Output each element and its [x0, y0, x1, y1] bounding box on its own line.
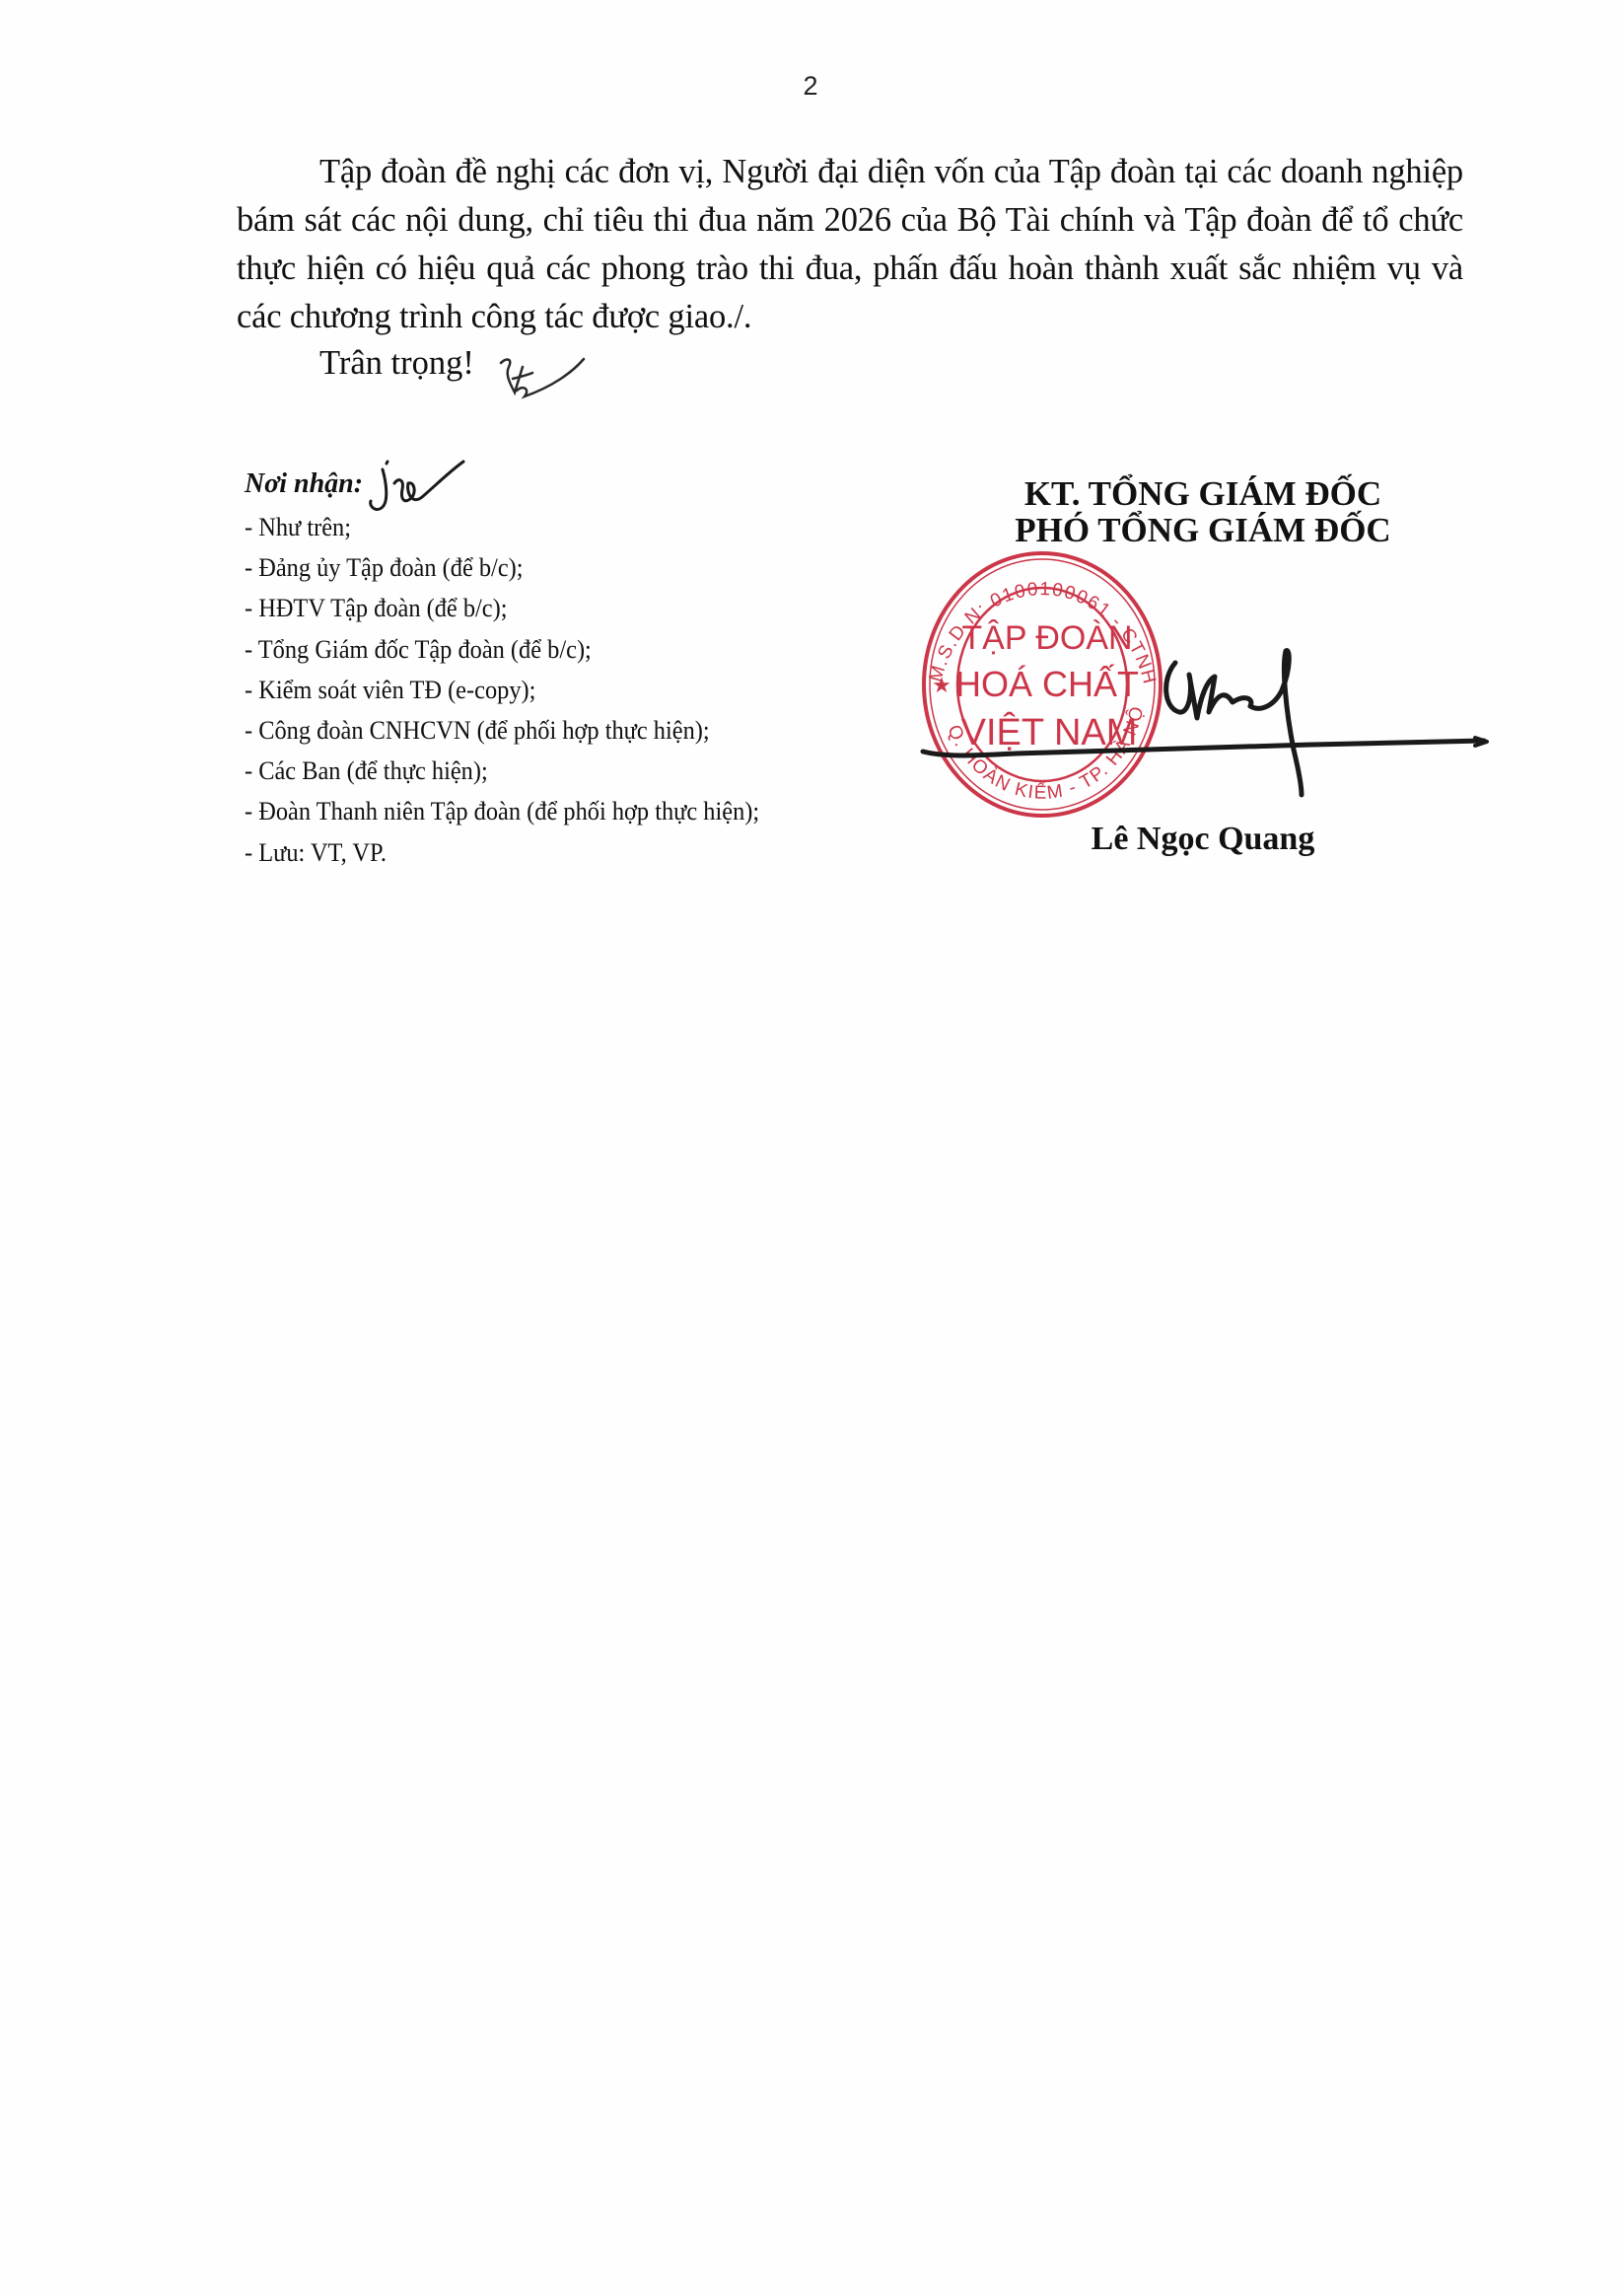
signature-title-line2: PHÓ TỔNG GIÁM ĐỐC [947, 512, 1459, 548]
recipient-item: - Như trên; [245, 507, 759, 547]
recipient-item: - Đảng ủy Tập đoàn (để b/c); [245, 547, 759, 588]
closing-salutation: Trân trọng! [319, 344, 474, 383]
body-paragraph: Tập đoàn đề nghị các đơn vị, Người đại d… [237, 148, 1463, 341]
stamp-center-line1: TẬP ĐOÀN [961, 619, 1132, 657]
signature-title-line1: KT. TỔNG GIÁM ĐỐC [947, 475, 1459, 512]
recipient-item: - Kiểm soát viên TĐ (e-copy); [245, 670, 759, 710]
handwritten-signature-icon [923, 650, 1487, 795]
page-number: 2 [0, 71, 1621, 102]
recipients-title: Nơi nhận: [245, 467, 805, 501]
stamp-ring-top-text: M.S.D.N: 0100100061 - CTNH [926, 579, 1161, 687]
body-paragraph-text: Tập đoàn đề nghị các đơn vị, Người đại d… [237, 148, 1463, 341]
document-page: 2 Tập đoàn đề nghị các đơn vị, Người đại… [0, 0, 1621, 2296]
recipients-list: - Như trên; - Đảng ủy Tập đoàn (để b/c);… [245, 507, 759, 873]
stamp-center-line2: HOÁ CHẤT [955, 664, 1139, 704]
recipient-item: - Tổng Giám đốc Tập đoàn (để b/c); [245, 629, 759, 670]
stamp-and-signature-overlay: M.S.D.N: 0100100061 - CTNH Q. HOÀN KIẾM … [0, 0, 1621, 2296]
recipients-block: Nơi nhận: - Như trên; - Đảng ủy Tập đoàn… [245, 467, 805, 873]
recipient-item: - Các Ban (để thực hiện); [245, 751, 759, 791]
recipient-item: - Đoàn Thanh niên Tập đoàn (để phối hợp … [245, 791, 759, 831]
recipient-item: - Công đoàn CNHCVN (để phối hợp thực hiệ… [245, 710, 759, 751]
stamp-center-line3: VIỆT NAM [961, 711, 1138, 753]
svg-text:M.S.D.N: 0100100061 - CTNH: M.S.D.N: 0100100061 - CTNH [926, 579, 1161, 687]
recipient-item: - HĐTV Tập đoàn (để b/c); [245, 588, 759, 628]
star-icon: ★ [932, 673, 951, 697]
signature-title: KT. TỔNG GIÁM ĐỐC PHÓ TỔNG GIÁM ĐỐC [947, 475, 1459, 548]
signer-name: Lê Ngọc Quang [947, 821, 1459, 858]
initials-mark-icon [501, 359, 584, 396]
recipient-item: - Lưu: VT, VP. [245, 832, 759, 873]
